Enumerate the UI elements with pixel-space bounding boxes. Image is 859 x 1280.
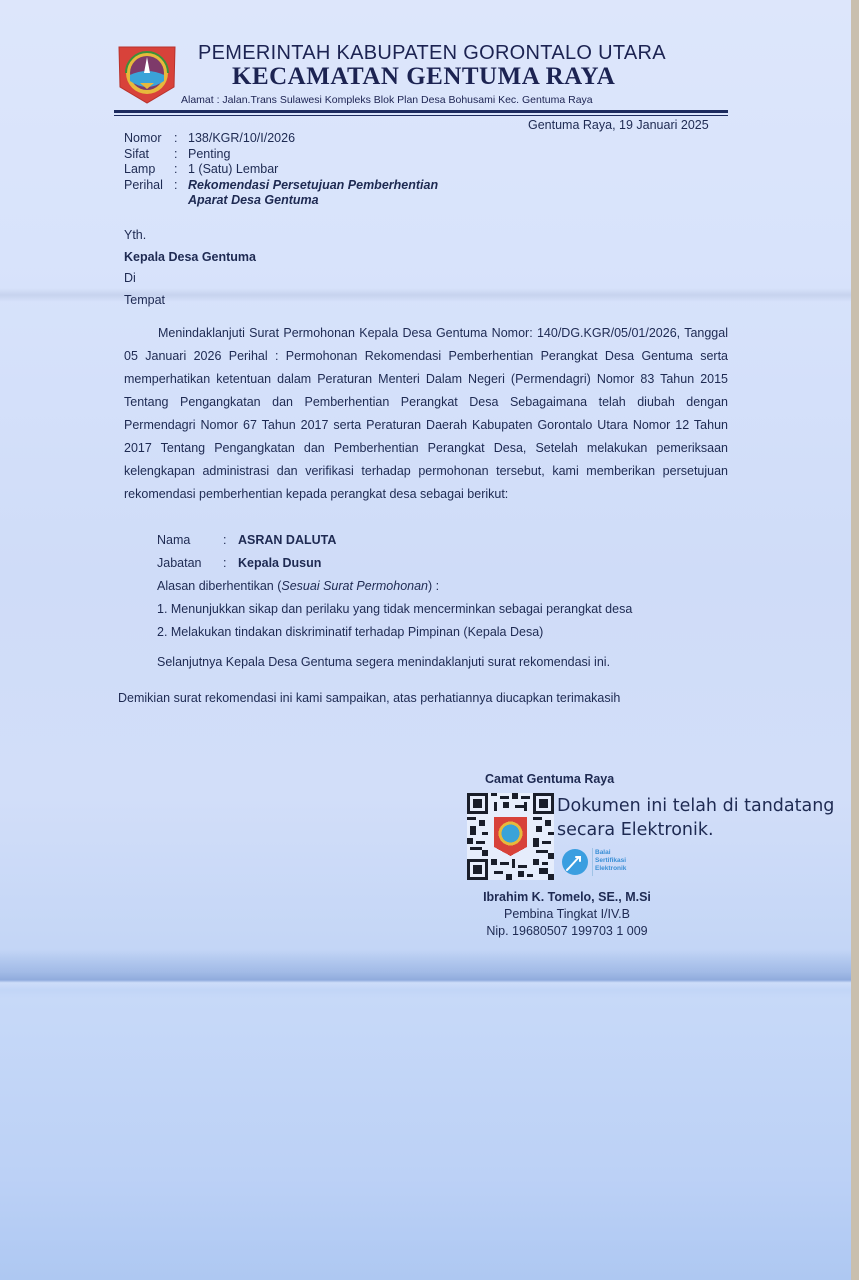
reason-heading-italic: Sesuai Surat Permohonan [281, 579, 428, 593]
detail-label: Jabatan [157, 552, 223, 575]
letterhead-government: PEMERINTAH KABUPATEN GORONTALO UTARA [198, 42, 666, 65]
signer-nip: Nip. 19680507 199703 1 009 [472, 923, 662, 940]
meta-colon: : [174, 131, 188, 147]
meta-label: Lamp [124, 162, 174, 178]
detail-colon: : [223, 529, 238, 552]
meta-perihal: Perihal : Rekomendasi Persetujuan Pember… [124, 178, 438, 194]
body-paragraph: Menindaklanjuti Surat Permohonan Kepala … [124, 322, 728, 506]
meta-value: Rekomendasi Persetujuan Pemberhentian [188, 178, 438, 194]
reason-item: 2. Melakukan tindakan diskriminatif terh… [157, 621, 632, 644]
letterhead-office: KECAMATAN GENTUMA RAYA [232, 63, 615, 91]
meta-label: Nomor [124, 131, 174, 147]
reason-heading-suffix: ) : [428, 579, 439, 593]
meta-label: Perihal [124, 178, 174, 194]
bsre-divider [592, 848, 593, 876]
addressee-place: Tempat [124, 290, 256, 312]
detail-nama: Nama : ASRAN DALUTA [157, 529, 632, 552]
letter-paper: PEMERINTAH KABUPATEN GORONTALO UTARA KEC… [0, 0, 851, 1280]
letter-date: Gentuma Raya, 19 Januari 2025 [528, 118, 709, 132]
meta-value: 1 (Satu) Lembar [188, 162, 278, 178]
closing-text: Demikian surat rekomendasi ini kami samp… [118, 691, 620, 705]
esign-statement: Dokumen ini telah di tandatang secara El… [557, 794, 851, 842]
meta-value: Penting [188, 147, 230, 163]
signer-name: Ibrahim K. Tomelo, SE., M.Si [472, 889, 662, 906]
signatory-title: Camat Gentuma Raya [485, 772, 614, 786]
meta-value: 138/KGR/10/I/2026 [188, 131, 295, 147]
bsre-line: Sertifikasi [595, 857, 626, 865]
bsre-line: Elektronik [595, 865, 626, 873]
meta-colon: : [174, 147, 188, 163]
bsre-label: Balai Sertifikasi Elektronik [595, 849, 626, 873]
letter-meta: Nomor : 138/KGR/10/I/2026 Sifat : Pentin… [124, 131, 438, 209]
followup-text: Selanjutnya Kepala Desa Gentuma segera m… [157, 651, 632, 674]
addressee-di: Di [124, 268, 256, 290]
meta-sifat: Sifat : Penting [124, 147, 438, 163]
letterhead-rule-thin [114, 115, 728, 116]
detail-value: ASRAN DALUTA [238, 529, 336, 552]
meta-label: Sifat [124, 147, 174, 163]
signer-rank: Pembina Tingkat I/IV.B [472, 906, 662, 923]
qr-code-icon [467, 793, 554, 880]
meta-colon: : [174, 162, 188, 178]
bsre-line: Balai [595, 849, 626, 857]
detail-jabatan: Jabatan : Kepala Dusun [157, 552, 632, 575]
letterhead-rule [114, 110, 728, 113]
meta-perihal-line2: Aparat Desa Gentuma [124, 193, 438, 209]
esign-line1: Dokumen ini telah di tandatang [557, 794, 851, 818]
paper-fold [0, 950, 851, 990]
reason-heading-prefix: Alasan diberhentikan ( [157, 579, 281, 593]
salutation: Yth. [124, 225, 256, 247]
dismissal-details: Nama : ASRAN DALUTA Jabatan : Kepala Dus… [157, 529, 632, 674]
esign-line2: secara Elektronik. [557, 818, 851, 842]
letterhead-address: Alamat : Jalan.Trans Sulawesi Kompleks B… [181, 94, 593, 106]
signer-block: Ibrahim K. Tomelo, SE., M.Si Pembina Tin… [472, 889, 662, 940]
addressee-block: Yth. Kepala Desa Gentuma Di Tempat [124, 225, 256, 311]
reason-item: 1. Menunjukkan sikap dan perilaku yang t… [157, 598, 632, 621]
regency-crest-icon [116, 43, 178, 105]
detail-value: Kepala Dusun [238, 552, 321, 575]
meta-nomor: Nomor : 138/KGR/10/I/2026 [124, 131, 438, 147]
meta-lamp: Lamp : 1 (Satu) Lembar [124, 162, 438, 178]
detail-colon: : [223, 552, 238, 575]
meta-colon: : [174, 178, 188, 194]
recipient: Kepala Desa Gentuma [124, 247, 256, 269]
detail-label: Nama [157, 529, 223, 552]
bsre-logo-icon [561, 848, 589, 876]
reason-heading: Alasan diberhentikan (Sesuai Surat Permo… [157, 575, 632, 598]
